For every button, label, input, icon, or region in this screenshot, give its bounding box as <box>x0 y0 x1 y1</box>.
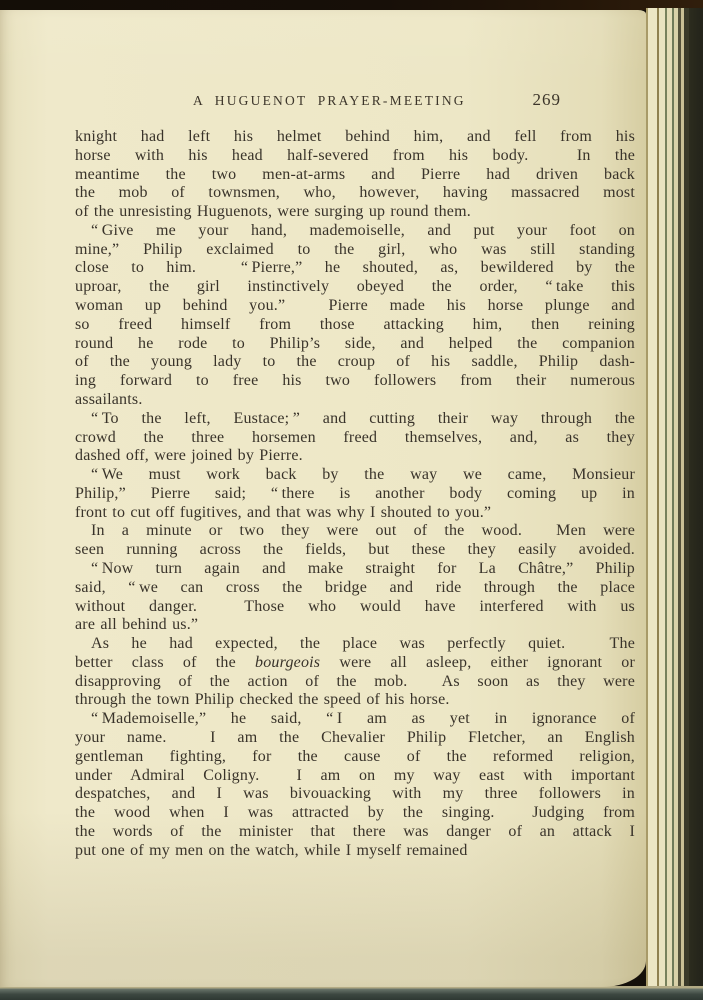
text-segment: despatches, and I was bivouacking with m… <box>75 785 635 802</box>
book-page: A HUGUENOT PRAYER-MEETING 269 knight had… <box>0 10 646 987</box>
text-segment: disapproving of the action of the mob. A… <box>75 673 635 690</box>
text-segment: are all behind us.” <box>75 616 198 633</box>
text-line: the mob of townsmen, who, however, havin… <box>75 184 635 203</box>
header-page-number: 269 <box>533 90 562 110</box>
text-segment: better class of the <box>75 654 255 671</box>
text-segment: said, “ we can cross the bridge and ride… <box>75 579 635 596</box>
text-segment: ing forward to free his two followers fr… <box>75 372 635 389</box>
text-line: without danger. Those who would have int… <box>75 598 635 617</box>
text-line: horse with his head half-severed from hi… <box>75 147 635 166</box>
text-segment: Philip,” Pierre said; “ there is another… <box>75 485 635 502</box>
text-line: “ Now turn again and make straight for L… <box>75 560 635 579</box>
text-segment: meantime the two men-at-arms and Pierre … <box>75 166 635 183</box>
text-segment: under Admiral Coligny. I am on my way ea… <box>75 767 635 784</box>
text-segment: the words of the minister that there was… <box>75 823 635 840</box>
text-line: “ Give me your hand, mademoiselle, and p… <box>75 222 635 241</box>
text-segment: without danger. Those who would have int… <box>75 598 635 615</box>
text-segment: the mob of townsmen, who, however, havin… <box>75 184 635 201</box>
text-segment: of the young lady to the croup of his sa… <box>75 353 635 370</box>
text-line: “ Mademoiselle,” he said, “ I am as yet … <box>75 710 635 729</box>
book-scan-photo: A HUGUENOT PRAYER-MEETING 269 knight had… <box>0 0 703 1000</box>
text-segment: “ We must work back by the way we came, … <box>91 466 635 483</box>
text-line: round he rode to Philip’s side, and help… <box>75 335 635 354</box>
text-line: dashed off, were joined by Pierre. <box>75 447 635 466</box>
text-segment: were all asleep, either ignorant or <box>320 654 635 671</box>
text-segment: “ Mademoiselle,” he said, “ I am as yet … <box>91 710 635 727</box>
text-line: knight had left his helmet behind him, a… <box>75 128 635 147</box>
text-segment: “ Give me your hand, mademoiselle, and p… <box>91 222 635 239</box>
text-line: As he had expected, the place was perfec… <box>75 635 635 654</box>
text-line: mine,” Philip exclaimed to the girl, who… <box>75 241 635 260</box>
text-segment: your name. I am the Chevalier Philip Fle… <box>75 729 635 746</box>
text-line: “ To the left, Eustace; ” and cutting th… <box>75 410 635 429</box>
text-segment: horse with his head half-severed from hi… <box>75 147 635 164</box>
text-line: are all behind us.” <box>75 616 635 635</box>
text-line: “ We must work back by the way we came, … <box>75 466 635 485</box>
running-header: A HUGUENOT PRAYER-MEETING 269 <box>75 90 633 108</box>
text-line: gentleman fighting, for the cause of the… <box>75 748 635 767</box>
text-segment: gentleman fighting, for the cause of the… <box>75 748 635 765</box>
text-segment: “ To the left, Eustace; ” and cutting th… <box>91 410 635 427</box>
text-line: meantime the two men-at-arms and Pierre … <box>75 166 635 185</box>
text-line: of the young lady to the croup of his sa… <box>75 353 635 372</box>
book-bottom-edge <box>0 986 703 1000</box>
text-segment: mine,” Philip exclaimed to the girl, who… <box>75 241 635 258</box>
body-text: knight had left his helmet behind him, a… <box>75 128 635 860</box>
text-line: through the town Philip checked the spee… <box>75 691 635 710</box>
text-segment: round he rode to Philip’s side, and help… <box>75 335 635 352</box>
italic-text: bourgeois <box>255 654 320 671</box>
text-line: the words of the minister that there was… <box>75 823 635 842</box>
text-line: the wood when I was attracted by the sin… <box>75 804 635 823</box>
text-segment: of the unresisting Huguenots, were surgi… <box>75 203 471 220</box>
text-line: woman up behind you.” Pierre made his ho… <box>75 297 635 316</box>
text-line: under Admiral Coligny. I am on my way ea… <box>75 767 635 786</box>
text-segment: seen running across the fields, but thes… <box>75 541 635 558</box>
text-line: disapproving of the action of the mob. A… <box>75 673 635 692</box>
text-line: uproar, the girl instinctively obeyed th… <box>75 278 635 297</box>
text-segment: As he had expected, the place was perfec… <box>91 635 635 652</box>
text-segment: through the town Philip checked the spee… <box>75 691 450 708</box>
text-segment: front to cut off fugitives, and that was… <box>75 504 491 521</box>
text-line: of the unresisting Huguenots, were surgi… <box>75 203 635 222</box>
text-line: assailants. <box>75 391 635 410</box>
text-line: crowd the three horsemen freed themselve… <box>75 429 635 448</box>
text-line: put one of my men on the watch, while I … <box>75 842 635 861</box>
text-line: despatches, and I was bivouacking with m… <box>75 785 635 804</box>
text-segment: dashed off, were joined by Pierre. <box>75 447 303 464</box>
text-line: close to him. “ Pierre,” he shouted, as,… <box>75 259 635 278</box>
text-line: so freed himself from those attacking hi… <box>75 316 635 335</box>
text-line: said, “ we can cross the bridge and ride… <box>75 579 635 598</box>
text-segment: In a minute or two they were out of the … <box>91 522 635 539</box>
text-line: seen running across the fields, but thes… <box>75 541 635 560</box>
text-segment: so freed himself from those attacking hi… <box>75 316 635 333</box>
text-line: Philip,” Pierre said; “ there is another… <box>75 485 635 504</box>
text-segment: assailants. <box>75 391 143 408</box>
text-line: your name. I am the Chevalier Philip Fle… <box>75 729 635 748</box>
text-segment: “ Now turn again and make straight for L… <box>91 560 635 577</box>
book-top-edge <box>0 0 703 10</box>
text-line: ing forward to free his two followers fr… <box>75 372 635 391</box>
text-segment: the wood when I was attracted by the sin… <box>75 804 635 821</box>
text-line: better class of the bourgeois were all a… <box>75 654 635 673</box>
text-segment: close to him. “ Pierre,” he shouted, as,… <box>75 259 635 276</box>
text-segment: knight had left his helmet behind him, a… <box>75 128 635 145</box>
text-line: front to cut off fugitives, and that was… <box>75 504 635 523</box>
text-segment: woman up behind you.” Pierre made his ho… <box>75 297 635 314</box>
text-segment: uproar, the girl instinctively obeyed th… <box>75 278 635 295</box>
text-line: In a minute or two they were out of the … <box>75 522 635 541</box>
text-segment: put one of my men on the watch, while I … <box>75 842 468 859</box>
header-title: A HUGUENOT PRAYER-MEETING <box>193 93 466 109</box>
text-segment: crowd the three horsemen freed themselve… <box>75 429 635 446</box>
book-fore-edge-pages <box>646 8 703 990</box>
